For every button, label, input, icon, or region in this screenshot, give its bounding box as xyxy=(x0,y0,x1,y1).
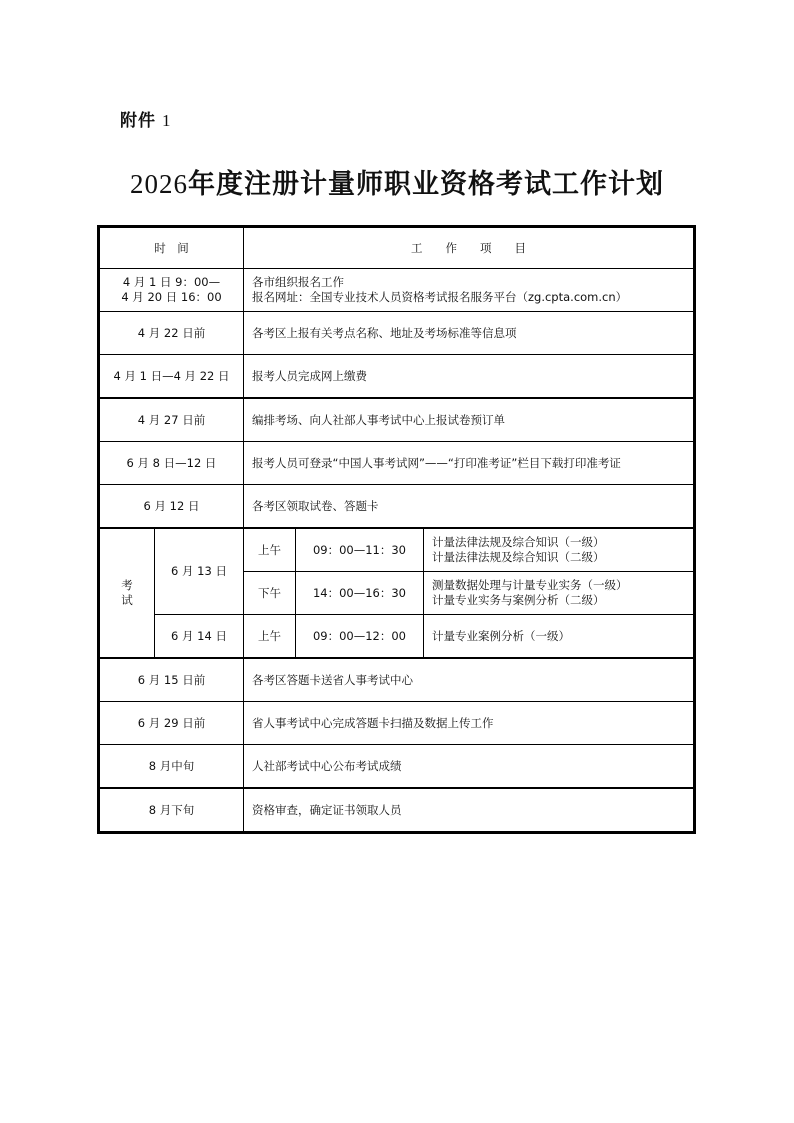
row-item: 报考人员可登录“中国人事考试网”——“打印准考证”栏目下载打印准考证 xyxy=(244,442,695,485)
row-item: 各考区答题卡送省人事考试中心 xyxy=(244,658,695,702)
row-time: 6 月 15 日前 xyxy=(99,658,244,702)
row-item: 各考区领取试卷、答题卡 xyxy=(244,485,695,529)
table-row: 6 月 15 日前 各考区答题卡送省人事考试中心 xyxy=(99,658,695,702)
title-year: 2026 xyxy=(130,169,188,199)
row-item: 资格审查，确定证书领取人员 xyxy=(244,788,695,833)
exam-time: 09：00—12：00 xyxy=(296,615,424,659)
table-row: 8 月中旬 人社部考试中心公布考试成绩 xyxy=(99,745,695,789)
table-row: 4 月 22 日前 各考区上报有关考点名称、地址及考场标准等信息项 xyxy=(99,312,695,355)
exam-subjects: 测量数据处理与计量专业实务（一级） 计量专业实务与案例分析（二级） xyxy=(424,572,695,615)
exam-date: 6 月 14 日 xyxy=(155,615,244,659)
exam-row: 6 月 14 日 上午 09：00—12：00 计量专业案例分析（一级） xyxy=(99,615,695,659)
exam-time: 14：00—16：30 xyxy=(296,572,424,615)
work-plan-table: 时 间 工 作 项 目 4 月 1 日 9：00— 4 月 20 日 16：00… xyxy=(97,225,696,834)
header-time: 时 间 xyxy=(99,227,244,269)
row-time: 8 月中旬 xyxy=(99,745,244,789)
row-time: 4 月 1 日 9：00— 4 月 20 日 16：00 xyxy=(99,269,244,312)
row-item: 人社部考试中心公布考试成绩 xyxy=(244,745,695,789)
table-row: 6 月 29 日前 省人事考试中心完成答题卡扫描及数据上传工作 xyxy=(99,702,695,745)
row-item: 各市组织报名工作 报名网址：全国专业技术人员资格考试报名服务平台（zg.cpta… xyxy=(244,269,695,312)
exam-date: 6 月 13 日 xyxy=(155,528,244,615)
table-row: 6 月 8 日—12 日 报考人员可登录“中国人事考试网”——“打印准考证”栏目… xyxy=(99,442,695,485)
attachment-text: 附件 xyxy=(120,111,156,131)
row-time: 6 月 29 日前 xyxy=(99,702,244,745)
exam-subjects: 计量专业案例分析（一级） xyxy=(424,615,695,659)
row-time: 6 月 12 日 xyxy=(99,485,244,529)
row-time: 6 月 8 日—12 日 xyxy=(99,442,244,485)
exam-period: 上午 xyxy=(244,528,296,572)
exam-time: 09：00—11：30 xyxy=(296,528,424,572)
page-title: 2026年度注册计量师职业资格考试工作计划 xyxy=(0,162,794,201)
exam-label: 考 试 xyxy=(99,528,155,658)
row-item: 各考区上报有关考点名称、地址及考场标准等信息项 xyxy=(244,312,695,355)
exam-row: 考 试 6 月 13 日 上午 09：00—11：30 计量法律法规及综合知识（… xyxy=(99,528,695,572)
row-item: 编排考场、向人社部人事考试中心上报试卷预订单 xyxy=(244,398,695,442)
header-work-item: 工 作 项 目 xyxy=(244,227,695,269)
exam-period: 下午 xyxy=(244,572,296,615)
row-item: 报考人员完成网上缴费 xyxy=(244,355,695,399)
row-time: 8 月下旬 xyxy=(99,788,244,833)
table-row: 4 月 27 日前 编排考场、向人社部人事考试中心上报试卷预订单 xyxy=(99,398,695,442)
row-time: 4 月 22 日前 xyxy=(99,312,244,355)
table-row: 4 月 1 日 9：00— 4 月 20 日 16：00 各市组织报名工作 报名… xyxy=(99,269,695,312)
row-item: 省人事考试中心完成答题卡扫描及数据上传工作 xyxy=(244,702,695,745)
title-text: 年度注册计量师职业资格考试工作计划 xyxy=(188,169,664,200)
attachment-label: 附件1 xyxy=(120,106,172,131)
table-row: 4 月 1 日—4 月 22 日 报考人员完成网上缴费 xyxy=(99,355,695,399)
table-row: 6 月 12 日 各考区领取试卷、答题卡 xyxy=(99,485,695,529)
table-header-row: 时 间 工 作 项 目 xyxy=(99,227,695,269)
exam-subjects: 计量法律法规及综合知识（一级） 计量法律法规及综合知识（二级） xyxy=(424,528,695,572)
attachment-number: 1 xyxy=(162,111,172,130)
exam-period: 上午 xyxy=(244,615,296,659)
row-time: 4 月 1 日—4 月 22 日 xyxy=(99,355,244,399)
table-row: 8 月下旬 资格审查，确定证书领取人员 xyxy=(99,788,695,833)
row-time: 4 月 27 日前 xyxy=(99,398,244,442)
